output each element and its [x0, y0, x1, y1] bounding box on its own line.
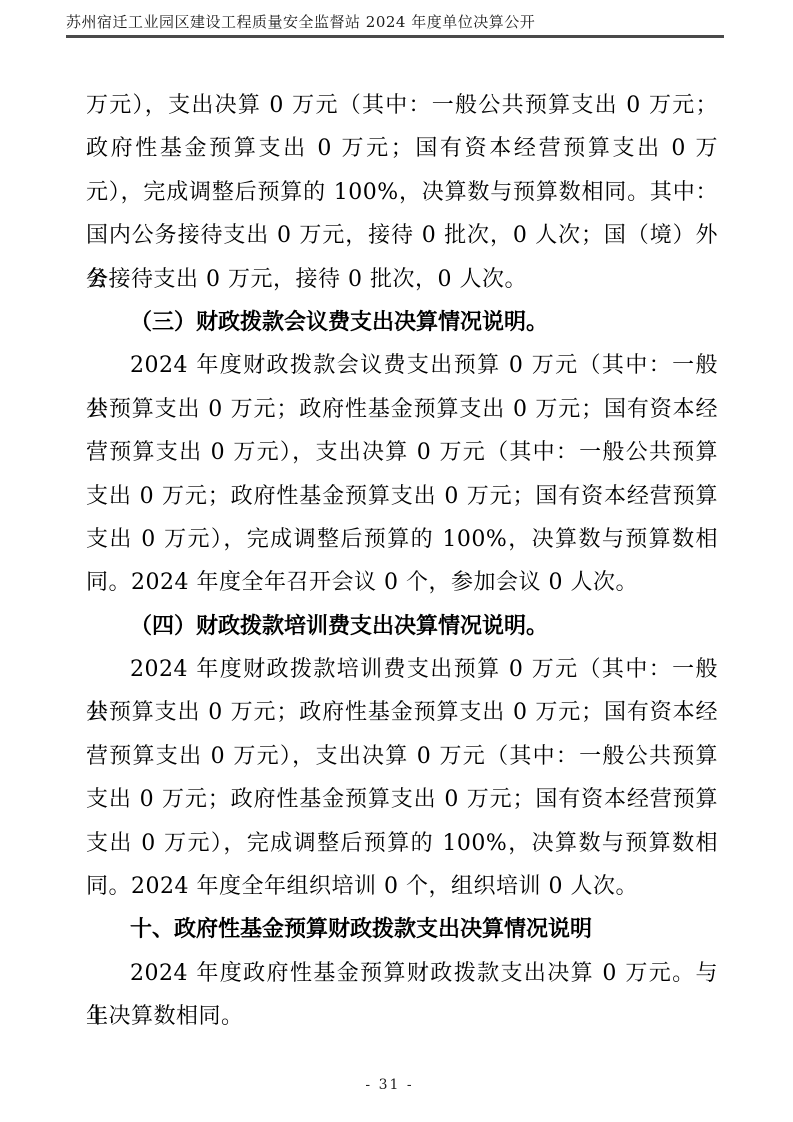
text-line: 支出 0 万元），完成调整后预算的 100%，决算数与预算数相 [86, 518, 718, 561]
header-rule [66, 35, 724, 38]
text-line: 支出 0 万元；政府性基金预算支出 0 万元；国有资本经营预算 [86, 475, 718, 518]
footer-page-number: - 31 - [0, 1077, 779, 1093]
text-line: 政府性基金预算支出 0 万元；国有资本经营预算支出 0 万 [86, 127, 718, 170]
section-heading: （四）财政拨款培训费支出决算情况说明。 [86, 605, 718, 648]
text-line: 万元），支出决算 0 万元（其中：一般公共预算支出 0 万元； [86, 84, 718, 127]
text-line: 2024 年度财政拨款培训费支出预算 0 万元（其中：一般公 [86, 648, 718, 691]
document-page: 苏州宿迁工业园区建设工程质量安全监督站 2024 年度单位决算公开 万元），支出… [0, 0, 793, 1122]
text-line: 务接待支出 0 万元，接待 0 批次，0 人次。 [86, 258, 718, 301]
text-line: 同。2024 年度全年召开会议 0 个，参加会议 0 人次。 [86, 561, 718, 604]
text-line: 元），完成调整后预算的 100%，决算数与预算数相同。其中： [86, 171, 718, 214]
text-line: 支出 0 万元），完成调整后预算的 100%，决算数与预算数相 [86, 822, 718, 865]
document-body: 万元），支出决算 0 万元（其中：一般公共预算支出 0 万元；政府性基金预算支出… [86, 84, 718, 1039]
text-line: 支出 0 万元；政府性基金预算支出 0 万元；国有资本经营预算 [86, 778, 718, 821]
text-line: 营预算支出 0 万元），支出决算 0 万元（其中：一般公共预算 [86, 431, 718, 474]
text-line: 2024 年度政府性基金预算财政拨款支出决算 0 万元。与上 [86, 952, 718, 995]
text-line: 营预算支出 0 万元），支出决算 0 万元（其中：一般公共预算 [86, 735, 718, 778]
text-line: 国内公务接待支出 0 万元，接待 0 批次，0 人次；国（境）外公 [86, 214, 718, 257]
section-heading: （三）财政拨款会议费支出决算情况说明。 [86, 301, 718, 344]
page-header-title: 苏州宿迁工业园区建设工程质量安全监督站 2024 年度单位决算公开 [66, 11, 535, 32]
text-line: 同。2024 年度全年组织培训 0 个，组织培训 0 人次。 [86, 865, 718, 908]
text-line: 2024 年度财政拨款会议费支出预算 0 万元（其中：一般公 [86, 344, 718, 387]
text-line: 年决算数相同。 [86, 995, 718, 1038]
text-line: 共预算支出 0 万元；政府性基金预算支出 0 万元；国有资本经 [86, 691, 718, 734]
text-line: 共预算支出 0 万元；政府性基金预算支出 0 万元；国有资本经 [86, 388, 718, 431]
section-heading: 十、政府性基金预算财政拨款支出决算情况说明 [86, 908, 718, 951]
